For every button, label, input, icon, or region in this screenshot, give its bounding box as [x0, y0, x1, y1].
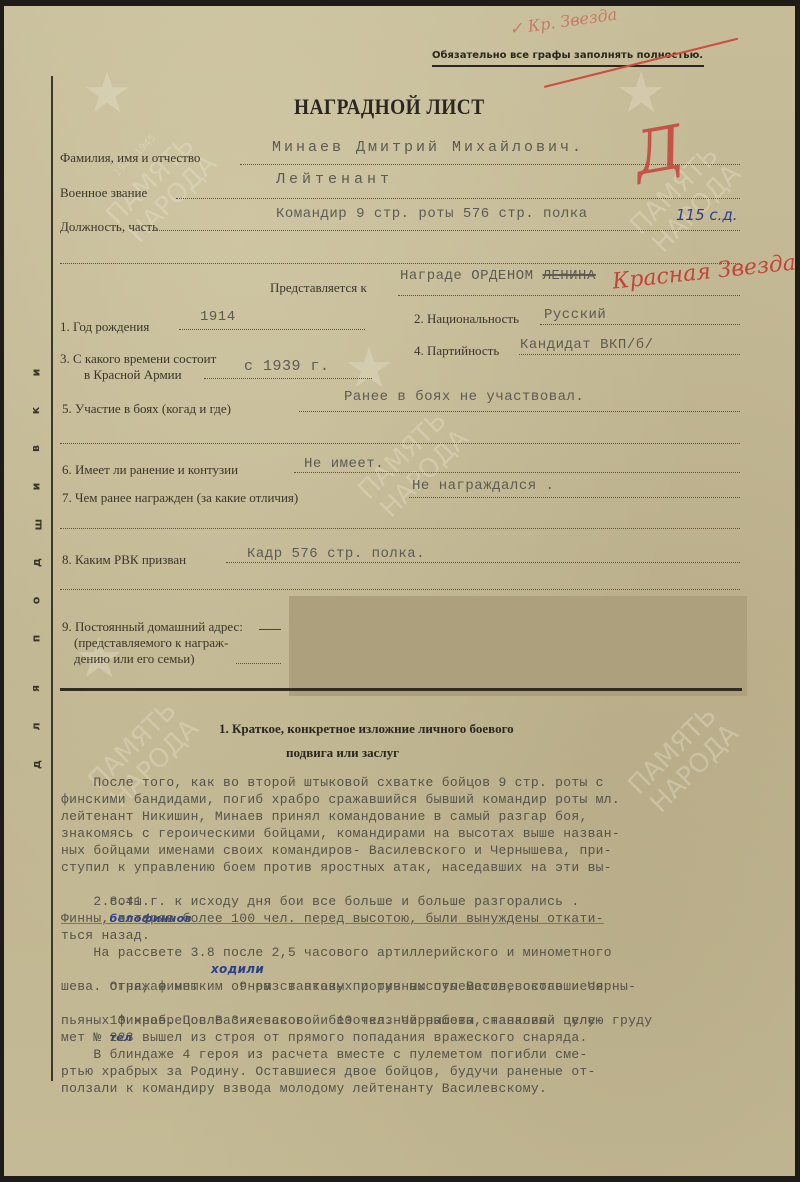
award-label: Представляется к	[270, 280, 367, 296]
address-redacted-block	[289, 596, 747, 696]
rank-value: Лейтенант	[276, 171, 393, 188]
narrative-line: огня, финны 9 раз в атаку против высоты …	[61, 961, 781, 978]
section1-narrative: После того, как во второй штыковой схват…	[61, 774, 781, 1097]
star-icon: ★	[82, 61, 132, 126]
narrative-line: пьяных финнов. После 3-х часовой безотка…	[61, 1012, 781, 1029]
rank-label: Военное звание	[60, 185, 147, 201]
narrative-line: соты. белофиннов	[61, 876, 781, 893]
previous-awards-value: Не награждался .	[412, 478, 554, 494]
wounds-value: Не имеет.	[304, 456, 384, 472]
notice-underline	[432, 65, 704, 67]
address-label-2: (представляемого к награж-	[74, 635, 228, 651]
battles-label: 5. Участие в боях (когад и где)	[62, 401, 231, 417]
previous-awards-label: 7. Чем ранее награжден (за какие отличия…	[62, 490, 298, 506]
award-struck-text: ЛЕНИНА	[542, 268, 595, 284]
address-label-3: дению или его семьи)	[74, 651, 195, 667]
nationality-label: 2. Национальность	[414, 311, 519, 327]
full-name-label: Фамилия, имя и отчество	[60, 150, 200, 166]
narrative-line: 13 храбрецов Василевского и 10 чел. Черн…	[61, 995, 781, 1012]
narrative-line: ползали к командиру взвода молодому лейт…	[61, 1080, 781, 1097]
red-signature-mark: Д	[628, 112, 688, 189]
division-handwritten: 115 с.д.	[676, 206, 738, 224]
narrative-line: ных бойцами именами своих командиров- Ва…	[61, 842, 781, 859]
section1-heading-line2: подвига или заслуг	[286, 745, 399, 761]
document-title: НАГРАДНОЙ ЛИСТ	[294, 94, 485, 120]
army-since-value: с 1939 г.	[244, 358, 330, 375]
position-label: Должность, часть	[60, 219, 158, 235]
army-since-label-2: в Красной Армии	[84, 367, 182, 383]
section1-heading-line1: 1. Краткое, конкретное изложние личного …	[219, 721, 514, 737]
rvk-label: 8. Каким РВК призван	[62, 552, 186, 568]
narrative-line: На рассвете 3.8 после 2,5 часового артил…	[61, 944, 781, 961]
narrative-line: мет № 223 вышел из строя от прямого попа…	[61, 1029, 781, 1046]
nationality-value: Русский	[544, 307, 606, 323]
birth-year-label: 1. Год рождения	[60, 319, 149, 335]
narrative-line: ступил к управлению боем против яростных…	[61, 859, 781, 876]
position-value: Командир 9 стр. роты 576 стр. полка	[276, 206, 588, 222]
award-correction-handwritten: Красная Звезда	[611, 250, 797, 294]
party-value: Кандидат ВКП/б/	[520, 337, 654, 353]
battles-value: Ранее в боях не участвовал.	[344, 389, 584, 405]
narrative-line: ртью храбрых за Родину. Оставшиеся двое …	[61, 1063, 781, 1080]
handwritten-note-khodili: ходили	[211, 961, 264, 978]
award-sheet-page: ★ 1941-1945 ПАМЯТЬ НАРОДА ★ ПАМЯТЬ НАРОД…	[4, 6, 795, 1176]
army-since-label-1: 3. С какого времени состоит	[60, 351, 216, 367]
section-divider	[60, 688, 742, 691]
wounds-label: 6. Имеет ли ранение и контузии	[62, 462, 238, 478]
narrative-line: В блиндаже 4 героя из расчета вместе с п…	[61, 1046, 781, 1063]
birth-year-value: 1914	[200, 309, 236, 325]
rvk-value: Кадр 576 стр. полка.	[247, 546, 425, 562]
top-red-mark: ✓ Кр. Звезда	[508, 5, 618, 39]
narrative-line: финскими бандидами, погиб храбро сражавш…	[61, 791, 781, 808]
narrative-line: Финны, потеряв более 100 чел. перед высо…	[61, 910, 781, 927]
address-label-1: 9. Постоянный домашний адрес:	[62, 619, 243, 635]
binding-margin-label: и к в и ш д о п я л д	[20, 366, 60, 866]
full-name-value: Минаев Дмитрий Михайлович.	[272, 139, 584, 156]
award-value: Награде ОРДЕНОМ ЛЕНИНА	[400, 268, 596, 284]
party-label: 4. Партийность	[414, 343, 499, 359]
narrative-line: 2.8.41 г. к исходу дня бои все больше и …	[61, 893, 781, 910]
red-pencil-stroke	[544, 38, 739, 88]
narrative-line: знакомясь с героическими бойцами, команд…	[61, 825, 781, 842]
award-order-text: Награде ОРДЕНОМ	[400, 268, 534, 284]
narrative-line: После того, как во второй штыковой схват…	[61, 774, 781, 791]
narrative-line: ться назад.	[61, 927, 781, 944]
narrative-line: лейтенант Никишин, Минаев принял командо…	[61, 808, 781, 825]
